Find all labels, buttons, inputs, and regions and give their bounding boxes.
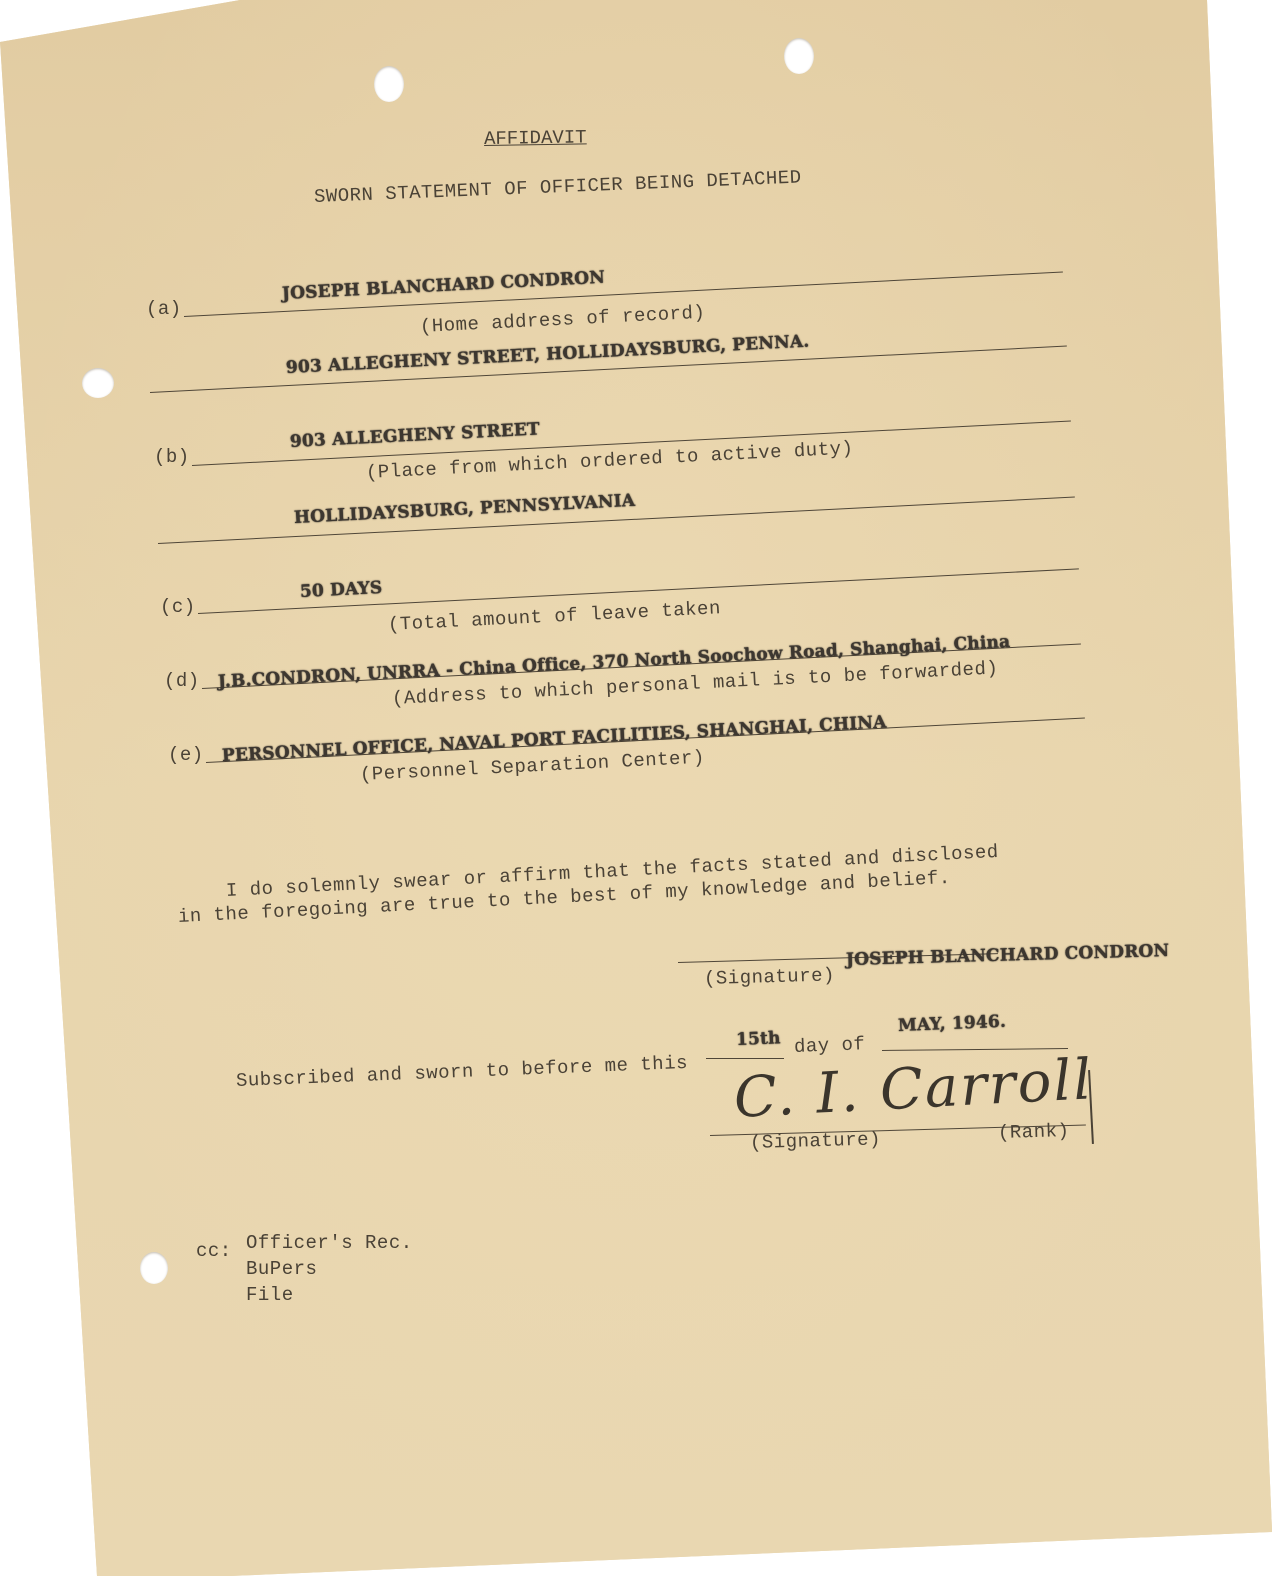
field-b-label: (b)	[154, 446, 190, 468]
field-c-value: 50 DAYS	[299, 578, 382, 602]
document-title: AFFIDAVIT	[484, 126, 587, 150]
witness-signature-caption: (Signature)	[750, 1128, 881, 1154]
punch-hole-top-right	[784, 38, 814, 74]
officer-signature-caption: (Signature)	[704, 964, 835, 990]
punch-hole-left-lower	[140, 1252, 168, 1284]
field-a-label: (a)	[146, 298, 182, 320]
sworn-day-line	[706, 1058, 784, 1059]
cc-label: cc:	[196, 1240, 232, 1262]
witness-rank-caption: (Rank)	[998, 1120, 1070, 1144]
field-c-label: (c)	[160, 596, 196, 618]
document-paper	[0, 0, 1272, 1576]
cc-item: BuPers	[246, 1258, 317, 1280]
field-d-label: (d)	[164, 670, 200, 692]
cc-item: Officer's Rec.	[246, 1232, 413, 1254]
field-e-label: (e)	[168, 744, 204, 766]
sworn-text-middle: day of	[794, 1033, 866, 1058]
sworn-day: 15th	[736, 1028, 781, 1050]
cc-item: File	[246, 1284, 294, 1306]
punch-hole-left-upper	[82, 368, 114, 398]
punch-hole-top-left	[374, 66, 404, 102]
